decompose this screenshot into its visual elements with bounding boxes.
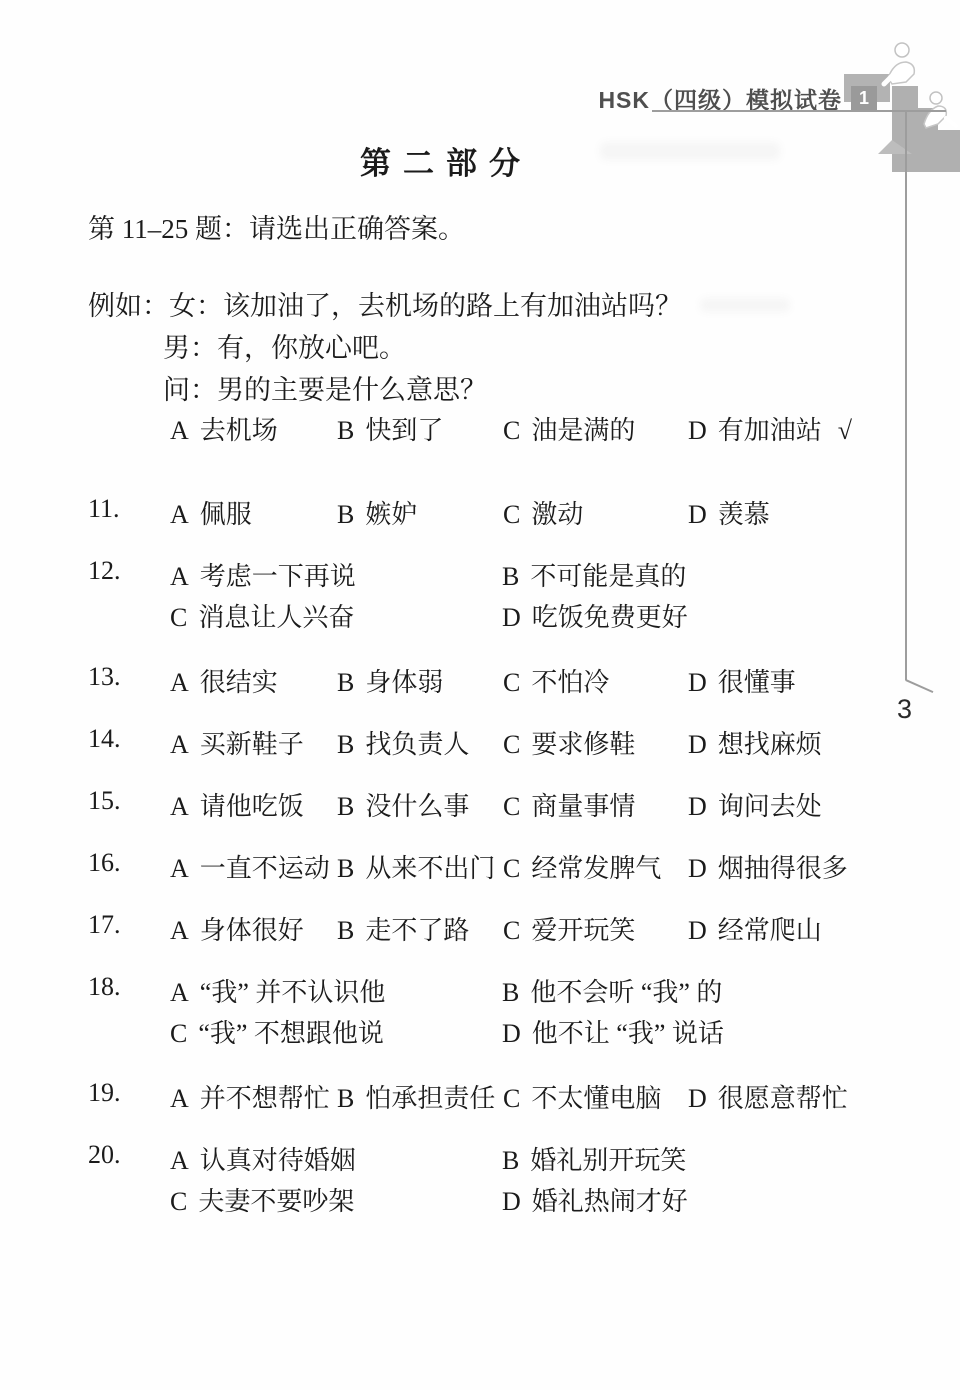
option-c: C不太懂电脑: [503, 1078, 661, 1115]
option-letter: C: [170, 603, 187, 632]
option-d: D他不让 “我” 说话: [502, 1013, 724, 1050]
scan-smudge: [600, 142, 780, 160]
option-letter: C: [503, 1084, 520, 1113]
option-text: 快到了: [365, 416, 443, 445]
checkmark-icon: √: [838, 416, 852, 445]
option-c: C爱开玩笑: [503, 910, 635, 947]
option-letter: A: [170, 1084, 189, 1113]
option-text: 夫妻不要吵架: [198, 1187, 354, 1216]
exam-page: HSK（四级）模拟试卷 1 3 第二部分 第 11–25 题：请选出正确答案。 …: [0, 0, 960, 1390]
header-underline: [652, 110, 946, 112]
example-block: 例如：女：该加油了，去机场的路上有加油站吗？: [88, 284, 682, 316]
option-a: A认真对待婚姻: [170, 1140, 356, 1177]
option-letter: A: [170, 1146, 189, 1175]
option-letter: D: [502, 1187, 521, 1216]
option-text: 爱开玩笑: [531, 916, 635, 945]
option-letter: C: [503, 416, 520, 445]
option-d: D羡慕: [688, 494, 770, 531]
option-letter: C: [170, 1187, 187, 1216]
option-letter: A: [170, 500, 189, 529]
question-row: 13.A很结实B身体弱C不怕冷D很懂事: [0, 662, 960, 694]
option-d: D有加油站√: [688, 410, 852, 447]
option-d: D婚礼热闹才好: [502, 1181, 688, 1218]
option-text: 激动: [531, 500, 583, 529]
volume-badge: 1: [851, 86, 877, 111]
option-letter: A: [170, 978, 189, 1007]
question-number: 16.: [88, 848, 121, 878]
option-letter: D: [688, 1084, 707, 1113]
dialog-text: 男的主要是什么意思？: [217, 375, 487, 405]
option-d: D吃饭免费更好: [502, 597, 688, 634]
option-text: 考虑一下再说: [200, 562, 356, 591]
option-c: C要求修鞋: [503, 724, 635, 761]
option-letter: A: [170, 416, 189, 445]
option-text: 商量事情: [531, 792, 635, 821]
option-d: D询问去处: [688, 786, 822, 823]
option-text: “我” 并不认识他: [200, 978, 386, 1007]
option-letter: D: [688, 916, 707, 945]
option-text: 身体很好: [200, 916, 304, 945]
option-a: A身体很好: [170, 910, 304, 947]
option-text: 很结实: [200, 668, 278, 697]
option-c: C消息让人兴奋: [170, 597, 354, 634]
option-text: 不太懂电脑: [531, 1084, 661, 1113]
option-letter: A: [170, 792, 189, 821]
option-letter: B: [337, 1084, 354, 1113]
option-text: 婚礼热闹才好: [532, 1187, 688, 1216]
question-number: 12.: [88, 556, 121, 586]
option-text: 买新鞋子: [200, 730, 304, 759]
option-d: D经常爬山: [688, 910, 822, 947]
question-row: C“我” 不想跟他说D他不让 “我” 说话: [0, 1013, 960, 1045]
option-text: 找负责人: [365, 730, 469, 759]
question-row: 16.A一直不运动B从来不出门C经常发脾气D烟抽得很多: [0, 848, 960, 880]
option-c: C经常发脾气: [503, 848, 661, 885]
question-number: 11.: [88, 494, 120, 524]
option-d: D很懂事: [688, 662, 796, 699]
option-c: C激动: [503, 494, 583, 531]
option-letter: B: [502, 1146, 519, 1175]
option-text: 想找麻烦: [718, 730, 822, 759]
option-letter: D: [688, 792, 707, 821]
option-text: 佩服: [200, 500, 252, 529]
dialog-speaker: 男：: [163, 333, 217, 363]
margin-vertical-rule: [905, 111, 907, 680]
option-b: B走不了路: [337, 910, 469, 947]
question-row: 20.A认真对待婚姻B婚礼别开玩笑: [0, 1140, 960, 1172]
option-letter: A: [170, 854, 189, 883]
option-text: 没什么事: [365, 792, 469, 821]
question-row: 14.A买新鞋子B找负责人C要求修鞋D想找麻烦: [0, 724, 960, 756]
option-letter: B: [337, 730, 354, 759]
option-letter: B: [337, 792, 354, 821]
question-number: 17.: [88, 910, 121, 940]
option-letter: D: [688, 730, 707, 759]
option-letter: B: [337, 916, 354, 945]
option-text: 不可能是真的: [530, 562, 686, 591]
option-d: D想找麻烦: [688, 724, 822, 761]
option-text: 婚礼别开玩笑: [530, 1146, 686, 1175]
option-c: C油是满的: [503, 410, 635, 447]
dialog-speaker: 女：: [169, 291, 223, 321]
option-letter: B: [337, 668, 354, 697]
option-text: 羡慕: [718, 500, 770, 529]
option-text: 油是满的: [531, 416, 635, 445]
option-letter: A: [170, 668, 189, 697]
option-b: B快到了: [337, 410, 443, 447]
option-text: 并不想帮忙: [200, 1084, 330, 1113]
option-a: A“我” 并不认识他: [170, 972, 385, 1009]
option-b: B没什么事: [337, 786, 469, 823]
dialog-text: 有，你放心吧。: [217, 333, 406, 363]
option-b: B找负责人: [337, 724, 469, 761]
example-label: 例如：: [88, 291, 169, 321]
option-text: 请他吃饭: [200, 792, 304, 821]
page-number: 3: [897, 694, 912, 725]
question-number: 14.: [88, 724, 121, 754]
option-text: 从来不出门: [365, 854, 495, 883]
option-a: A并不想帮忙: [170, 1078, 330, 1115]
option-letter: C: [503, 854, 520, 883]
instructions: 第 11–25 题：请选出正确答案。: [88, 207, 465, 246]
question-number: 20.: [88, 1140, 121, 1170]
option-a: A很结实: [170, 662, 278, 699]
option-letter: D: [688, 668, 707, 697]
option-text: 他不会听 “我” 的: [530, 978, 722, 1007]
option-text: 去机场: [200, 416, 278, 445]
option-letter: A: [170, 562, 189, 591]
option-text: 走不了路: [365, 916, 469, 945]
question-row: 15.A请他吃饭B没什么事C商量事情D询问去处: [0, 786, 960, 818]
question-row: 18.A“我” 并不认识他B他不会听 “我” 的: [0, 972, 960, 1004]
option-b: B嫉妒: [337, 494, 417, 531]
option-b: B从来不出门: [337, 848, 495, 885]
option-a: A去机场: [170, 410, 278, 447]
option-letter: C: [503, 916, 520, 945]
option-a: A买新鞋子: [170, 724, 304, 761]
option-letter: B: [337, 854, 354, 883]
option-letter: D: [502, 1019, 521, 1048]
option-c: C商量事情: [503, 786, 635, 823]
option-c: C夫妻不要吵架: [170, 1181, 354, 1218]
option-text: 一直不运动: [200, 854, 330, 883]
option-text: 要求修鞋: [531, 730, 635, 759]
option-letter: C: [503, 500, 520, 529]
option-b: B不可能是真的: [502, 556, 686, 593]
option-letter: B: [337, 416, 354, 445]
option-text: 消息让人兴奋: [198, 603, 354, 632]
option-letter: B: [502, 562, 519, 591]
option-text: 嫉妒: [365, 500, 417, 529]
option-text: 吃饭免费更好: [532, 603, 688, 632]
question-row: C夫妻不要吵架D婚礼热闹才好: [0, 1181, 960, 1213]
option-letter: D: [502, 603, 521, 632]
option-text: 怕承担责任: [365, 1084, 495, 1113]
option-text: 很懂事: [718, 668, 796, 697]
option-letter: C: [503, 730, 520, 759]
question-row: 17.A身体很好B走不了路C爱开玩笑D经常爬山: [0, 910, 960, 942]
option-c: C不怕冷: [503, 662, 609, 699]
option-text: “我” 不想跟他说: [198, 1019, 384, 1048]
option-text: 询问去处: [718, 792, 822, 821]
option-d: D很愿意帮忙: [688, 1078, 848, 1115]
option-b: B他不会听 “我” 的: [502, 972, 722, 1009]
dialog-text: 该加油了，去机场的路上有加油站吗？: [223, 291, 682, 321]
option-letter: C: [503, 792, 520, 821]
option-letter: C: [503, 668, 520, 697]
question-row: 19.A并不想帮忙B怕承担责任C不太懂电脑D很愿意帮忙: [0, 1078, 960, 1110]
dialog-line: 问：男的主要是什么意思？: [163, 368, 487, 400]
option-text: 很愿意帮忙: [718, 1084, 848, 1113]
scan-smudge: [700, 298, 790, 312]
option-text: 有加油站: [718, 416, 822, 445]
dialog-speaker: 问：: [163, 375, 217, 405]
option-text: 经常发脾气: [531, 854, 661, 883]
option-letter: A: [170, 916, 189, 945]
question-number: 13.: [88, 662, 121, 692]
question-number: 18.: [88, 972, 121, 1002]
question-row: C消息让人兴奋D吃饭免费更好: [0, 597, 960, 629]
option-letter: C: [170, 1019, 187, 1048]
option-text: 不怕冷: [531, 668, 609, 697]
option-b: B身体弱: [337, 662, 443, 699]
option-d: D烟抽得很多: [688, 848, 848, 885]
example-options-row: A去机场 B快到了 C油是满的 D有加油站√: [0, 410, 960, 442]
option-text: 身体弱: [365, 668, 443, 697]
dialog-line: 男：有，你放心吧。: [163, 326, 406, 358]
option-letter: D: [688, 416, 707, 445]
option-letter: B: [337, 500, 354, 529]
option-b: B怕承担责任: [337, 1078, 495, 1115]
option-b: B婚礼别开玩笑: [502, 1140, 686, 1177]
option-text: 他不让 “我” 说话: [532, 1019, 724, 1048]
question-row: 11.A佩服B嫉妒C激动D羡慕: [0, 494, 960, 526]
option-letter: B: [502, 978, 519, 1007]
option-c: C“我” 不想跟他说: [170, 1013, 384, 1050]
option-text: 经常爬山: [718, 916, 822, 945]
option-a: A请他吃饭: [170, 786, 304, 823]
option-letter: D: [688, 854, 707, 883]
option-a: A考虑一下再说: [170, 556, 356, 593]
option-letter: D: [688, 500, 707, 529]
question-number: 19.: [88, 1078, 121, 1108]
option-letter: A: [170, 730, 189, 759]
question-row: 12.A考虑一下再说B不可能是真的: [0, 556, 960, 588]
option-text: 认真对待婚姻: [200, 1146, 356, 1175]
question-number: 15.: [88, 786, 121, 816]
option-a: A一直不运动: [170, 848, 330, 885]
option-a: A佩服: [170, 494, 252, 531]
option-text: 烟抽得很多: [718, 854, 848, 883]
